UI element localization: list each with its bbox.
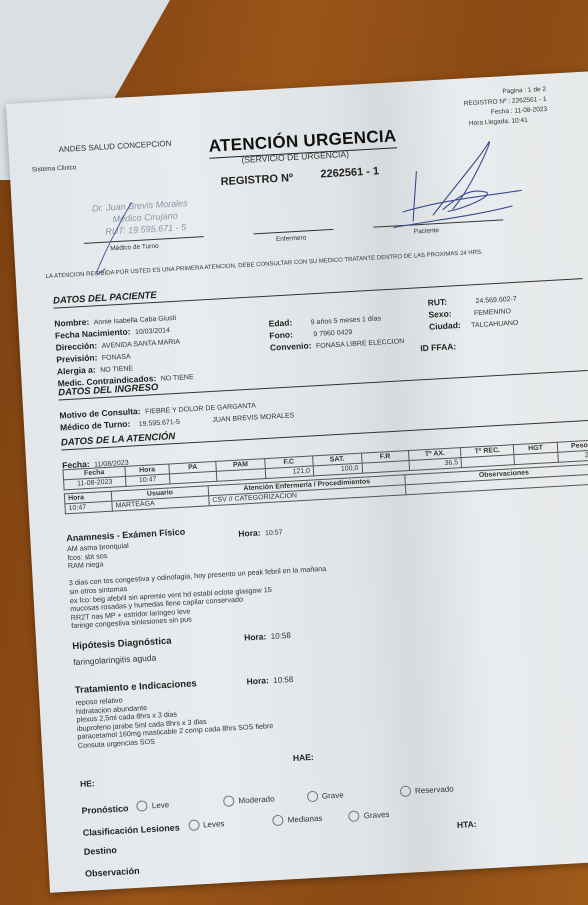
institution-name: ANDES SALUD CONCEPCION: [58, 139, 171, 154]
pronostico-option-moderado[interactable]: Moderado: [223, 790, 275, 810]
radio-icon: [223, 796, 235, 808]
registro-label: REGISTRO Nº: [220, 172, 293, 188]
diagnostico-title: Hipótesis Diagnóstica: [72, 636, 172, 653]
lesiones-option-leves[interactable]: Leves: [188, 815, 225, 834]
observacion-label: Observación: [85, 866, 140, 879]
meta-hora-llegada: Hora Llegada: 10:41: [428, 117, 528, 130]
hae-label: HAE:: [293, 752, 314, 763]
meta-fecha: Fecha : 11-08-2023: [447, 106, 547, 119]
radio-icon: [400, 786, 412, 798]
hta-label: HTA:: [457, 819, 477, 830]
doctor-signature: [81, 197, 145, 280]
lesiones-option-medianas[interactable]: Medianas: [272, 809, 323, 829]
radio-icon: [348, 811, 360, 823]
field-ciudad: Ciudad: TALCAHUANO: [429, 312, 519, 335]
diagnostico-text: faringolaringitis aguda: [73, 652, 157, 667]
medico-nombre-value: JUAN BREVIS MORALES: [212, 412, 294, 424]
patient-signature: [369, 135, 534, 239]
lesiones-option-graves[interactable]: Graves: [348, 806, 390, 825]
medico-rut-value: 19.595.671-5: [139, 419, 181, 428]
radio-icon: [188, 820, 200, 832]
diagnostico-hora: Hora: 10:58: [244, 625, 292, 646]
system-name: Sistema Clinico: [32, 164, 77, 173]
convenio-value: FONASA LIBRE ELECCION: [316, 338, 405, 350]
he-label: HE:: [80, 778, 95, 789]
medical-form-sheet: ANDES SALUD CONCEPCION Sistema Clinico A…: [6, 71, 588, 893]
signature-enfermero-label: Enfermero: [276, 234, 307, 243]
pronostico-option-leve[interactable]: Leve: [136, 796, 169, 815]
ciudad-value: TALCAHUANO: [471, 320, 519, 330]
tratamiento-text: reposo relativo hidratacion abundante pl…: [75, 688, 274, 750]
radio-icon: [272, 815, 284, 827]
anamnesis-text: AM asma bronquial fcos: sbt sos RAM nieg…: [67, 531, 329, 631]
pronostico-option-grave[interactable]: Grave: [306, 786, 344, 805]
pronostico-option-reservado[interactable]: Reservado: [400, 780, 455, 800]
destino-label: Destino: [84, 845, 118, 857]
radio-icon: [307, 791, 319, 803]
medic-value: NO TIENE: [161, 374, 194, 383]
tratamiento-hora: Hora: 10:58: [246, 669, 294, 690]
idffaa-label: ID FFAA:: [420, 341, 456, 353]
radio-icon: [137, 800, 149, 812]
